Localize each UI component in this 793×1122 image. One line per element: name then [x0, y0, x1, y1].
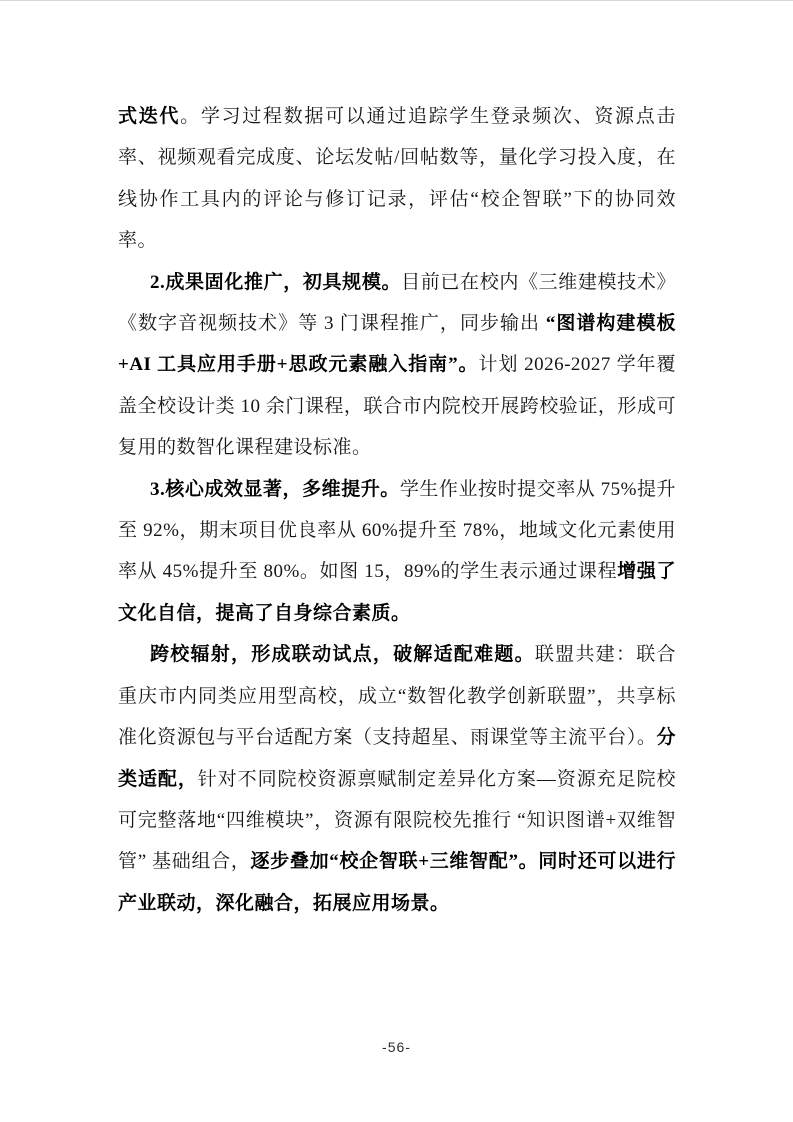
document-body: 式迭代。学习过程数据可以通过追踪学生登录频次、资源点击率、视频观看完成度、论坛发…	[118, 96, 676, 924]
paragraph-cross-school: 跨校辐射，形成联动试点，破解适配难题。联盟共建：联合重庆市内同类应用型高校，成立…	[118, 634, 676, 924]
text-run: 。学习过程数据可以通过追踪学生登录频次、资源点击率、视频观看完成度、论坛发帖/回…	[118, 106, 676, 251]
text-run: 2.成果固化推广，初具规模。	[150, 272, 401, 293]
text-run: 式迭代	[118, 106, 180, 127]
paragraph-achievements: 2.成果固化推广，初具规模。目前已在校内《三维建模技术》《数字音视频技术》等 3…	[118, 262, 676, 469]
text-run: 3.核心成效显著，多维提升。	[150, 479, 400, 500]
text-run: 跨校辐射，形成联动试点，破解适配难题。	[150, 644, 535, 665]
paragraph-continuation: 式迭代。学习过程数据可以通过追踪学生登录频次、资源点击率、视频观看完成度、论坛发…	[118, 96, 676, 262]
document-page: 式迭代。学习过程数据可以通过追踪学生登录频次、资源点击率、视频观看完成度、论坛发…	[0, 0, 793, 1122]
page-number: -56-	[0, 1039, 793, 1055]
paragraph-core-effects: 3.核心成效显著，多维提升。学生作业按时提交率从 75%提升至 92%，期末项目…	[118, 469, 676, 635]
